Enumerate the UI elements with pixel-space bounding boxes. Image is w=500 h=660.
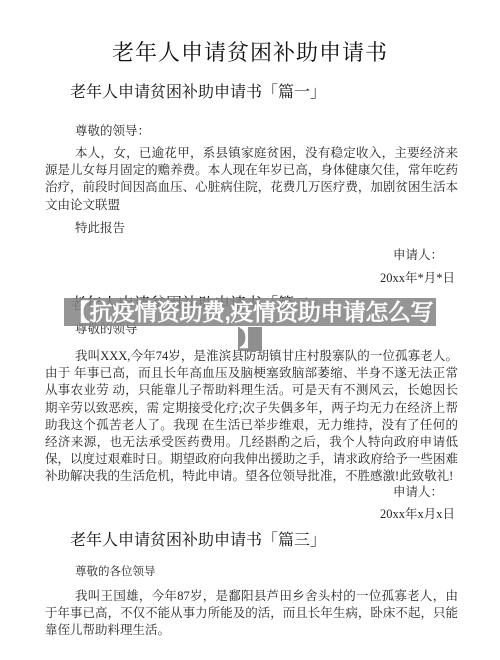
page-title: 老年人申请贫困补助申请书 bbox=[0, 38, 500, 68]
signature-date: 20xx年x月x日 bbox=[0, 506, 500, 522]
section-1-salutation: 尊敬的领导： bbox=[45, 123, 458, 139]
section-3-salutation: 尊敬的各位领导 bbox=[45, 565, 458, 579]
section-3-heading: 老年人申请贫困补助申请书「篇三」 bbox=[70, 531, 500, 551]
signature-label: 申请人： bbox=[0, 247, 500, 263]
section-1: 老年人申请贫困补助申请书「篇一」 尊敬的领导： 本人，女，已逾花甲，系县镇家庭贫… bbox=[0, 83, 500, 286]
watermark-banner[interactable]: 【抗疫情资助费,疫情资助申请怎么写 】 bbox=[0, 298, 500, 351]
document-page: 老年人申请贫困补助申请书 老年人申请贫困补助申请书「篇一」 尊敬的领导： 本人，… bbox=[0, 0, 500, 660]
paragraph: 我叫XXX,今年74岁，是淮滨县防胡镇甘庄村殷寨队的一位孤寡老人。由于 年事已高… bbox=[45, 348, 458, 486]
paragraph: 特此报告 bbox=[45, 220, 458, 237]
section-1-heading: 老年人申请贫困补助申请书「篇一」 bbox=[70, 83, 500, 103]
watermark-text-line1: 【抗疫情资助费,疫情资助申请怎么写 bbox=[64, 298, 436, 326]
paragraph: 本人，女，已逾花甲，系县镇家庭贫困，没有稳定收入，主要经济来源是儿女每月固定的赡… bbox=[45, 145, 458, 214]
watermark-text-line2-row: 】 bbox=[0, 326, 500, 351]
paragraph: 我叫王国雄，今年87岁，是鄱阳县芦田乡舍头村的一位孤寡老人，由于年事已高，不仅不… bbox=[45, 588, 458, 640]
watermark-closing-bracket: 】 bbox=[238, 327, 262, 351]
signature-label: 申请人： bbox=[0, 484, 500, 500]
section-3: 老年人申请贫困补助申请书「篇三」 尊敬的各位领导 我叫王国雄，今年87岁，是鄱阳… bbox=[0, 531, 500, 640]
signature-date: 20xx年*月*日 bbox=[0, 270, 500, 286]
